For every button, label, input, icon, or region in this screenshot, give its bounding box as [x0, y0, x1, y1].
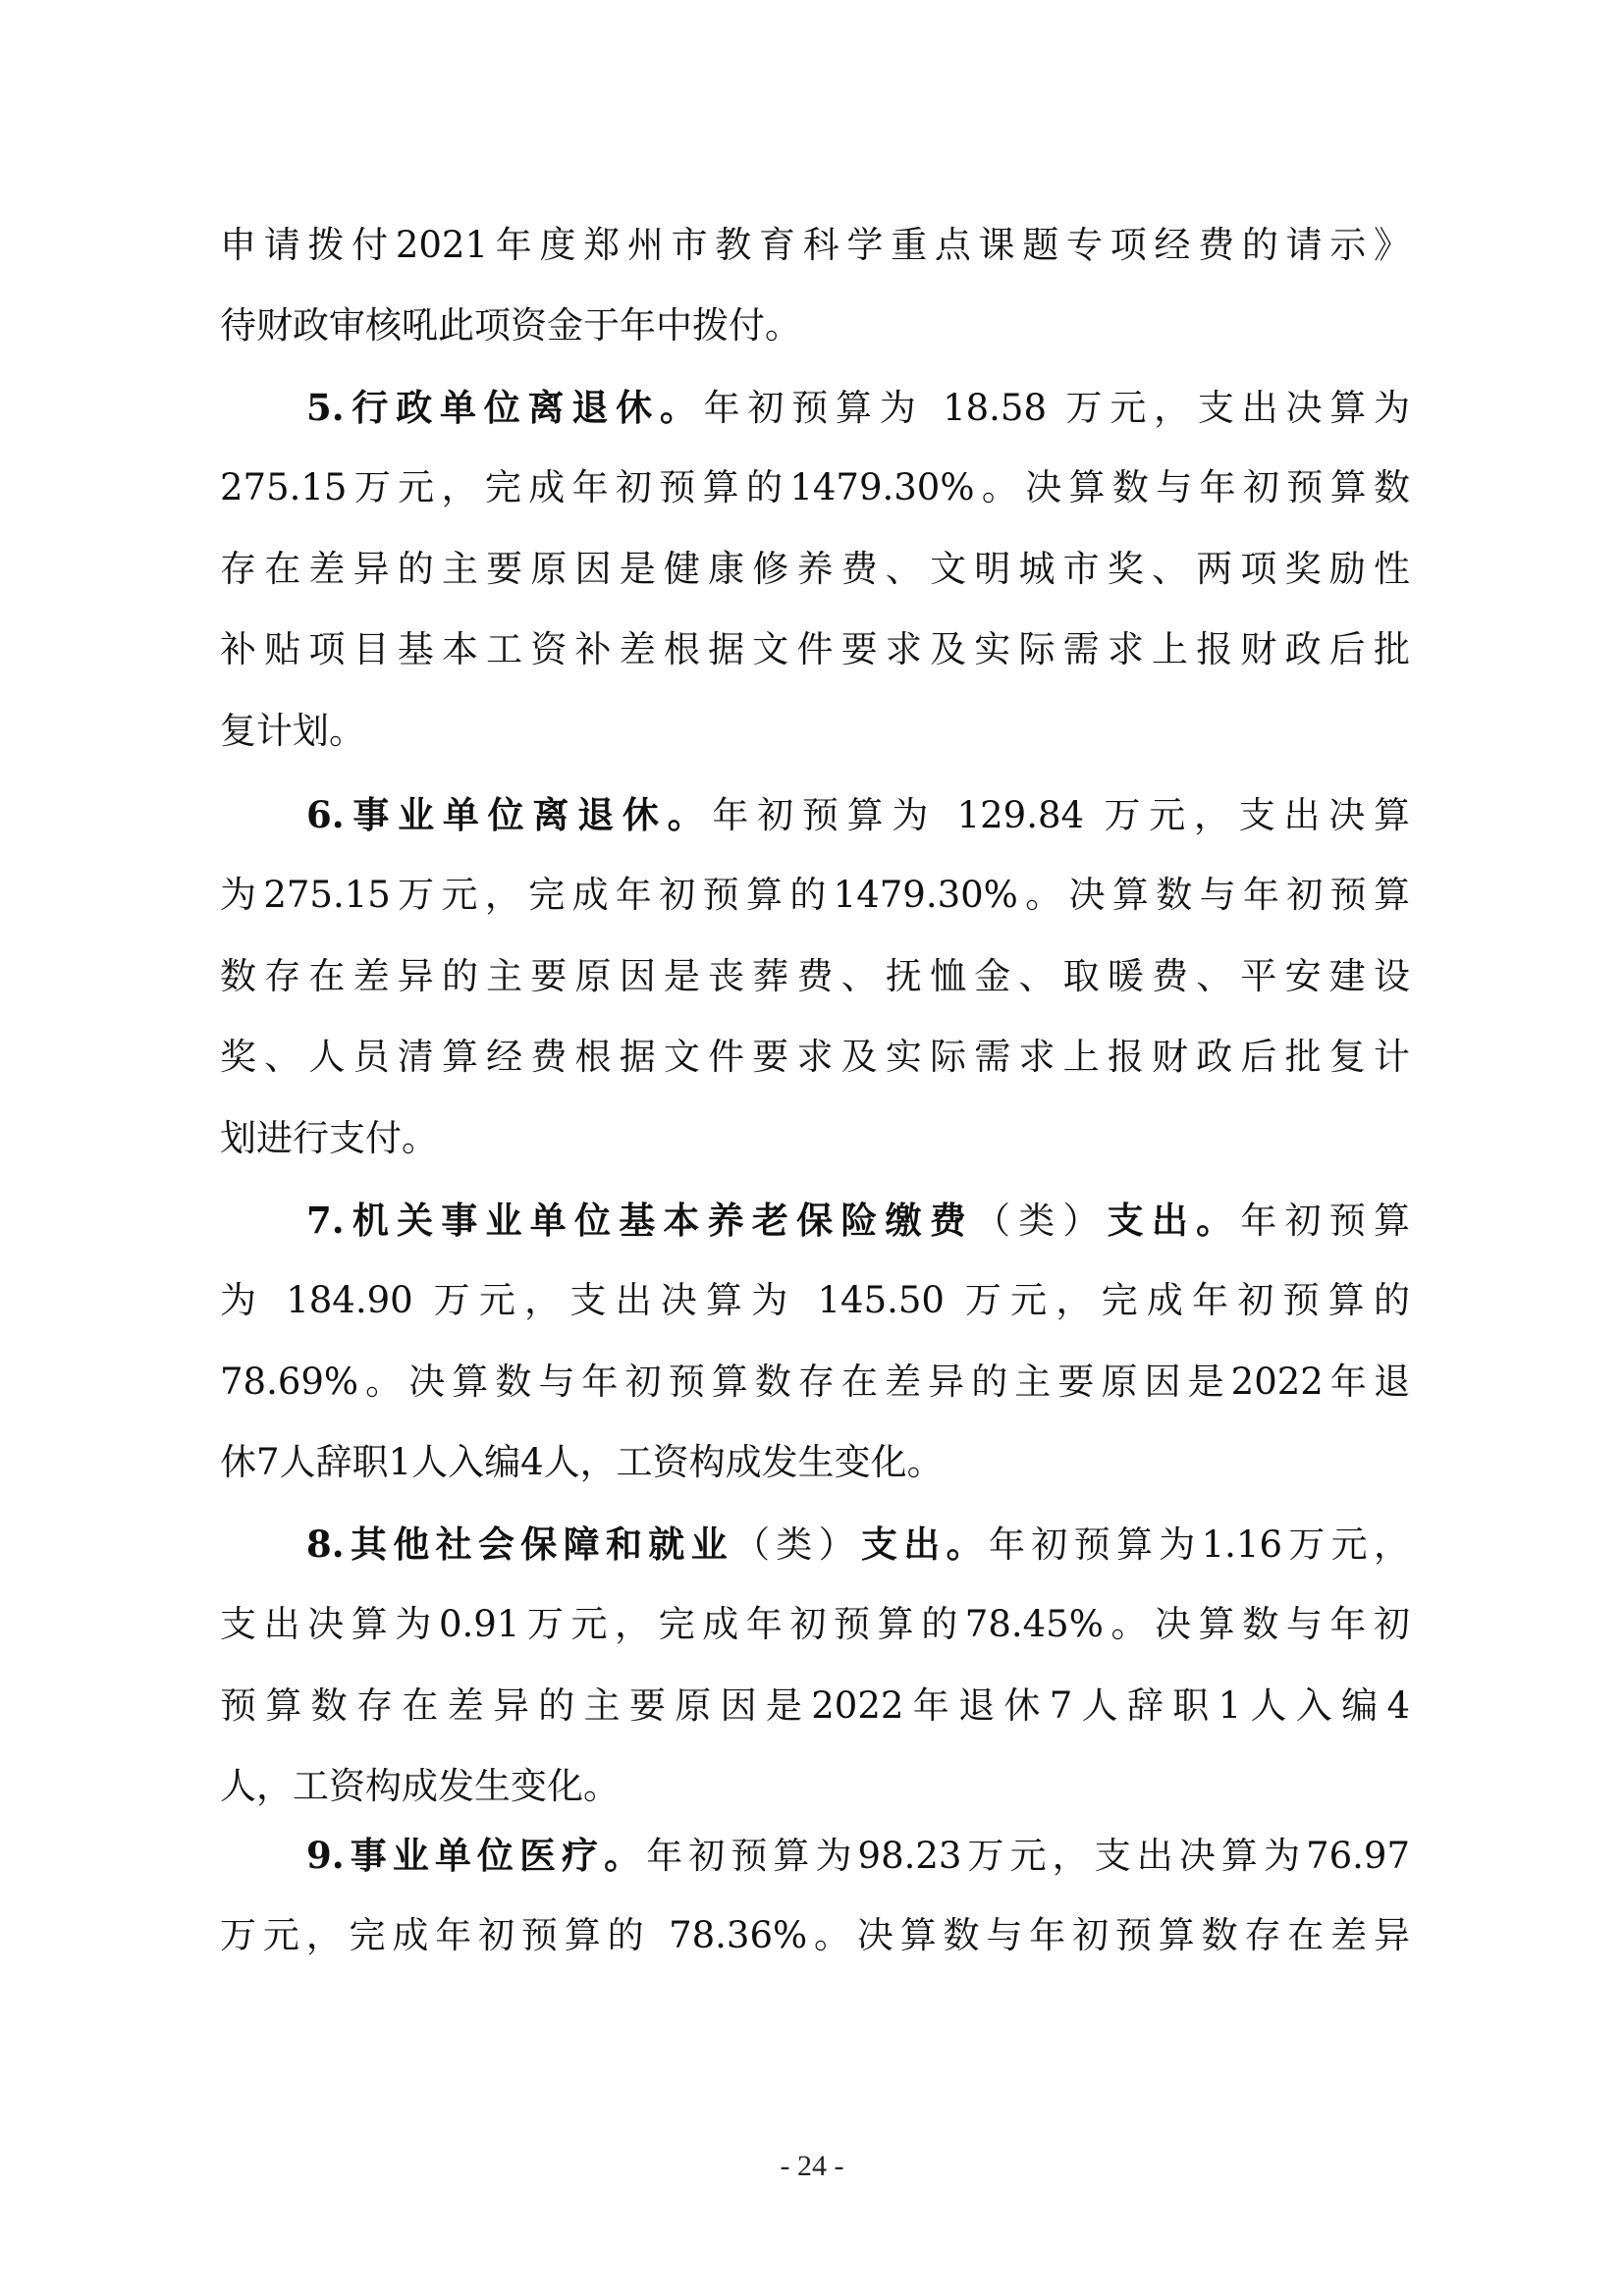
text-line: 万元，完成年初预算的 78.36%。决算数与年初预算数存在差异	[220, 1896, 1410, 1976]
item-9-first-line: 9.事业单位医疗。年初预算为98.23万元，支出决算为76.97	[306, 1815, 1410, 1896]
paragraph-text: 年初预算为 18.58 万元，支出决算为	[704, 387, 1410, 429]
text-line: 补贴项目基本工资补差根据文件要求及实际需求上报财政后批	[220, 610, 1410, 690]
page-number: - 24 -	[0, 2150, 1624, 2183]
paragraph-text: 年初预算	[1240, 1200, 1410, 1242]
paragraph-text: 数存在差异的主要原因是丧葬费、抚恤金、取暖费、平安建设	[220, 955, 1410, 997]
paragraph-text: 存在差异的主要原因是健康修养费、文明城市奖、两项奖励性	[220, 548, 1410, 590]
text-line: 待财政审核吼此项资金于年中拨付。	[220, 286, 1410, 366]
paragraph-text: 预算数存在差异的主要原因是2022年退休7人辞职1人入编4	[220, 1684, 1410, 1727]
document-page: 申请拨付2021年度郑州市教育科学重点课题专项经费的请示》 待财政审核吼此项资金…	[0, 0, 1624, 2296]
item-number: 7.	[306, 1199, 345, 1242]
item-7-first-line: 7.机关事业单位基本养老保险缴费（类）支出。年初预算	[306, 1180, 1410, 1260]
item-8-first-line: 8.其他社会保障和就业（类）支出。年初预算为1.16万元，	[306, 1504, 1410, 1584]
text-line: 支出决算为0.91万元，完成年初预算的78.45%。决算数与年初	[220, 1584, 1410, 1665]
paragraph-text: 275.15万元，完成年初预算的1479.30%。决算数与年初预算数	[220, 466, 1410, 508]
text-line: 预算数存在差异的主要原因是2022年退休7人辞职1人入编4	[220, 1666, 1410, 1746]
paragraph-text: 划进行支付。	[220, 1117, 438, 1159]
item-number: 5.	[306, 386, 345, 429]
item-heading: 支出。	[1108, 1199, 1241, 1242]
paragraph-text: 年初预算为 129.84 万元，支出决算	[712, 794, 1410, 836]
paragraph-text: 年初预算为98.23万元，支出决算为76.97	[646, 1835, 1410, 1877]
item-heading: 其他社会保障和就业	[345, 1522, 733, 1566]
paragraph-text: 78.69%。决算数与年初预算数存在差异的主要原因是2022年退	[220, 1361, 1410, 1403]
text-line: 为275.15万元，完成年初预算的1479.30%。决算数与年初预算	[220, 855, 1410, 935]
paragraph-text: 补贴项目基本工资补差根据文件要求及实际需求上报财政后批	[220, 628, 1410, 670]
text-line: 为 184.90 万元，支出决算为 145.50 万元，完成年初预算的	[220, 1260, 1410, 1341]
item-heading: 支出。	[861, 1522, 989, 1566]
paragraph-text: 申请拨付2021年度郑州市教育科学重点课题专项经费的请示》	[220, 224, 1410, 266]
paragraph-text: 为 184.90 万元，支出决算为 145.50 万元，完成年初预算的	[220, 1279, 1410, 1321]
item-heading: 事业单位医疗。	[345, 1834, 647, 1877]
paragraph-text: 奖、人员清算经费根据文件要求及实际需求上报财政后批复计	[220, 1036, 1410, 1078]
text-line: 申请拨付2021年度郑州市教育科学重点课题专项经费的请示》	[220, 205, 1410, 286]
paragraph-text: 休7人辞职1人入编4人，工资构成发生变化。	[220, 1441, 944, 1483]
paragraph-text: 复计划。	[220, 710, 365, 752]
text-line: 78.69%。决算数与年初预算数存在差异的主要原因是2022年退	[220, 1342, 1410, 1422]
text-line: 数存在差异的主要原因是丧葬费、抚恤金、取暖费、平安建设	[220, 936, 1410, 1017]
paragraph-text: 为275.15万元，完成年初预算的1479.30%。决算数与年初预算	[220, 874, 1410, 916]
paragraph-text: 待财政审核吼此项资金于年中拨付。	[220, 304, 801, 347]
text-line: 275.15万元，完成年初预算的1479.30%。决算数与年初预算数	[220, 448, 1410, 528]
item-heading-category: （类）	[974, 1200, 1108, 1242]
paragraph-text: 支出决算为0.91万元，完成年初预算的78.45%。决算数与年初	[220, 1603, 1410, 1645]
paragraph-text: 人，工资构成发生变化。	[220, 1765, 620, 1807]
text-line: 休7人辞职1人入编4人，工资构成发生变化。	[220, 1422, 1410, 1503]
text-line: 存在差异的主要原因是健康修养费、文明城市奖、两项奖励性	[220, 529, 1410, 610]
item-heading: 行政单位离退休。	[345, 386, 704, 429]
item-number: 8.	[306, 1522, 345, 1566]
text-line: 奖、人员清算经费根据文件要求及实际需求上报财政后批复计	[220, 1017, 1410, 1097]
item-6-first-line: 6.事业单位离退休。年初预算为 129.84 万元，支出决算	[306, 774, 1410, 855]
item-heading: 机关事业单位基本养老保险缴费	[345, 1199, 974, 1242]
text-line: 复计划。	[220, 691, 1410, 772]
item-heading: 事业单位离退休。	[345, 793, 713, 836]
item-number: 6.	[306, 793, 345, 836]
item-number: 9.	[306, 1834, 345, 1877]
item-5-first-line: 5.行政单位离退休。年初预算为 18.58 万元，支出决算为	[306, 367, 1410, 448]
text-line: 划进行支付。	[220, 1098, 1410, 1179]
item-heading-category: （类）	[733, 1523, 861, 1566]
paragraph-text: 万元，完成年初预算的 78.36%。决算数与年初预算数存在差异	[220, 1914, 1410, 1956]
paragraph-text: 年初预算为1.16万元，	[989, 1523, 1410, 1566]
